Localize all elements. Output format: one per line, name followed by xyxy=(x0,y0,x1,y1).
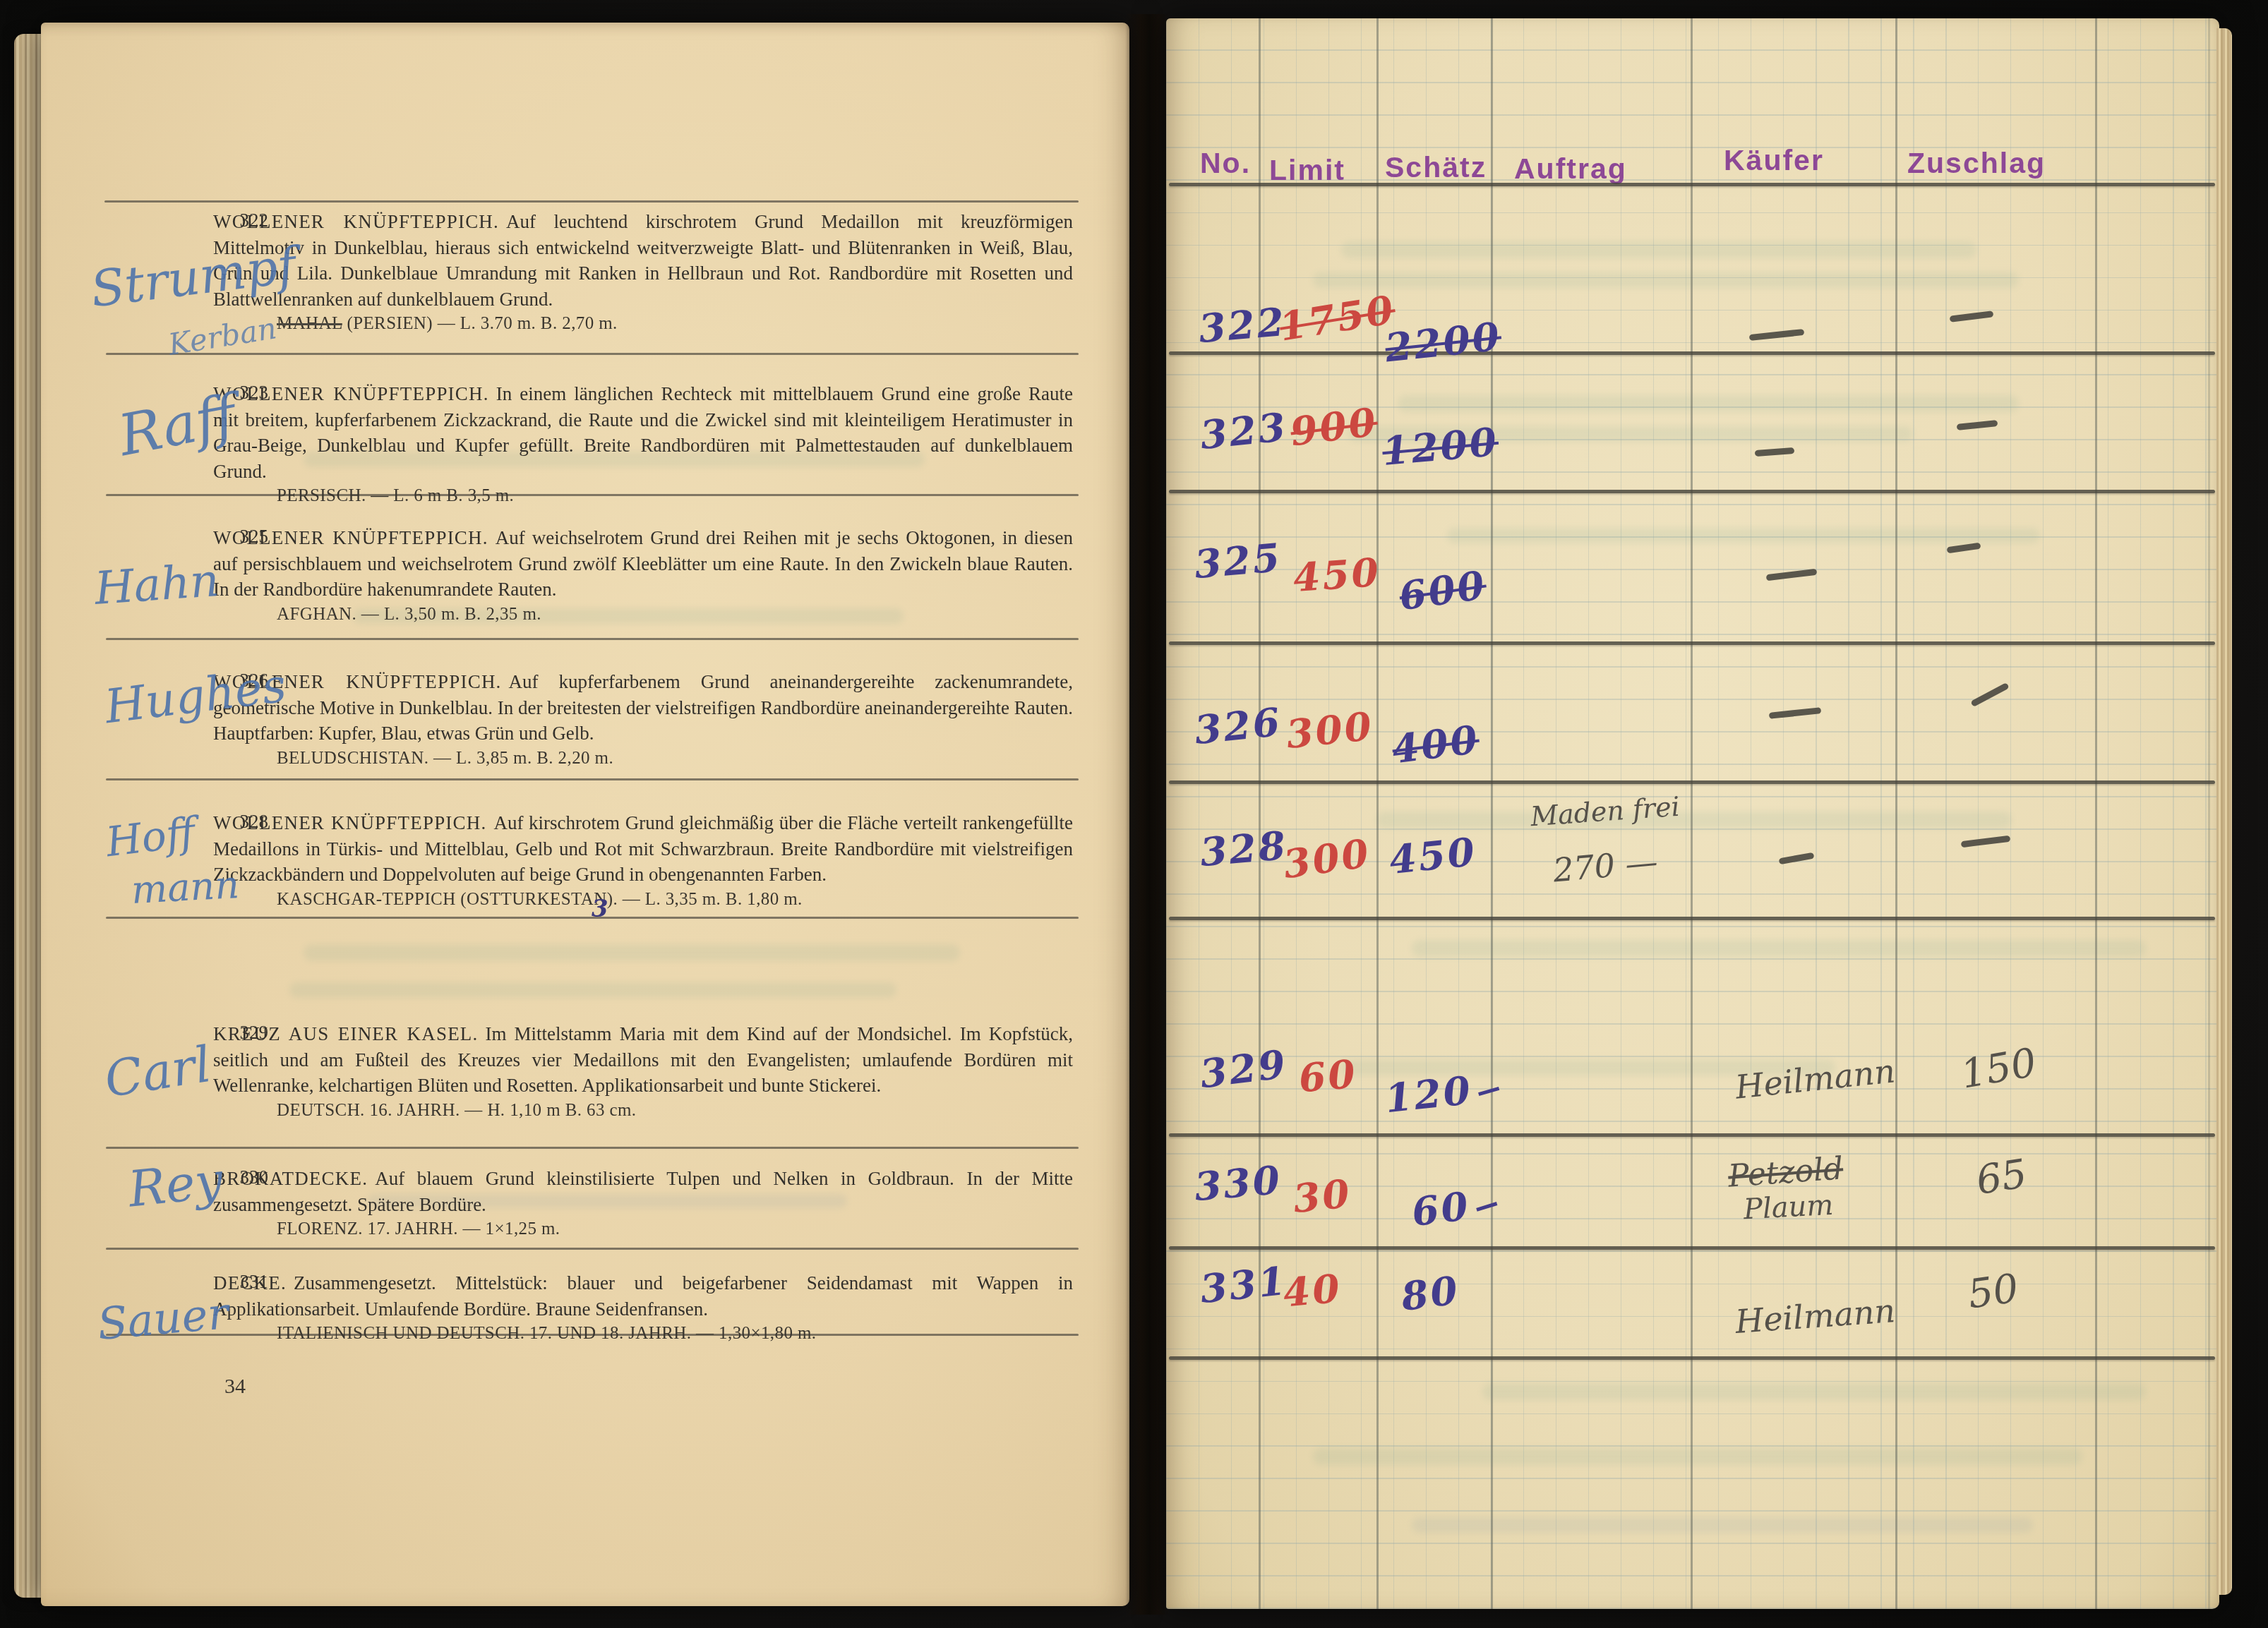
book-page-edge xyxy=(2216,28,2232,1595)
bleed-through-smudge xyxy=(1341,241,1976,258)
lot-number: 322 xyxy=(213,210,268,231)
entry-separator-line xyxy=(106,1248,1079,1250)
entry-description: WOLLENER KNÜPFTEPPICH.Auf kirschrotem Gr… xyxy=(213,810,1073,888)
ledger-separator-line xyxy=(1169,1246,2215,1250)
bleed-through-smudge xyxy=(1412,940,2146,957)
entry-separator-line xyxy=(106,638,1079,640)
ink-overwritten-digit: 3 xyxy=(592,895,608,923)
entry-origin-line: MAHAL (PERSIEN) — L. 3.70 m. B. 2,70 m. xyxy=(277,314,1073,334)
kaeufer-name: Plaum xyxy=(1743,1189,1834,1226)
margin-name-hahn: Hahn xyxy=(93,555,221,615)
ledger-separator-line xyxy=(1169,183,2215,186)
entry-separator-line xyxy=(106,778,1079,780)
column-line-zuschlag-right xyxy=(2095,18,2097,1609)
page-number: 34 xyxy=(224,1375,246,1399)
origin-struck-word: MAHAL xyxy=(277,314,342,333)
auction-catalog-photo: { "colors": { "paper_left": "#e9d4aa", "… xyxy=(0,0,2268,1628)
entry-description: WOLLENER KNÜPFTEPPICH.Auf leuchtend kirs… xyxy=(213,209,1073,312)
entry-body: Zusammengesetzt. Mittelstück: blauer und… xyxy=(213,1272,1073,1320)
zuschlag-amount: 65 xyxy=(1973,1151,2030,1204)
header-zuschlag: Zuschlag xyxy=(1907,147,2046,180)
bleed-through-smudge xyxy=(1313,272,2019,288)
margin-name-mann: mann xyxy=(130,862,240,912)
catalog-entry-323: 323 WOLLENER KNÜPFTEPPICH.In einem längl… xyxy=(213,381,1073,506)
entry-origin-line: FLORENZ. 17. JAHRH. — 1×1,25 m. xyxy=(277,1219,1073,1239)
entry-separator-line xyxy=(106,1147,1079,1149)
entry-separator-line xyxy=(104,200,1079,203)
catalog-entry-326: 326 WOLLENER KNÜPFTEPPICH.Auf kupferfarb… xyxy=(213,669,1073,768)
ledger-separator-line xyxy=(1169,351,2215,355)
zuschlag-amount: 50 xyxy=(1965,1265,2022,1318)
entry-description: KREUZ AUS EINER KASEL.Im Mittelstamm Mar… xyxy=(213,1021,1073,1099)
header-no: No. xyxy=(1200,147,1251,180)
catalog-entry-322: 322 WOLLENER KNÜPFTEPPICH.Auf leuchtend … xyxy=(213,209,1073,334)
catalog-entry-329: 329 KREUZ AUS EINER KASEL.Im Mittelstamm… xyxy=(213,1021,1073,1121)
lot-number: 329 xyxy=(213,1022,268,1044)
header-auftrag: Auftrag xyxy=(1514,152,1627,186)
entry-description: WOLLENER KNÜPFTEPPICH.Auf kupferfarbenem… xyxy=(213,669,1073,747)
ledger-no: 328 xyxy=(1198,822,1289,876)
column-line-limit-schaetz xyxy=(1376,18,1379,1609)
lot-number: 328 xyxy=(213,811,268,833)
entry-origin-line: KASCHGAR-TEPPICH (OSTTURKESTAN). — L. 3,… xyxy=(277,890,1073,910)
bleed-through-smudge xyxy=(304,944,960,961)
entry-origin-line: PERSISCH. — L. 6 m B. 3,5 m. xyxy=(277,486,1073,506)
ledger-no: 325 xyxy=(1192,534,1283,588)
ledger-separator-line xyxy=(1169,917,2215,920)
catalog-entry-330: 330 BROKATDECKE.Auf blauem Grund kleinst… xyxy=(213,1166,1073,1239)
header-kaeufer: Käufer xyxy=(1724,144,1824,177)
column-line-no-limit xyxy=(1259,18,1261,1609)
bleed-through-smudge xyxy=(1412,1517,2033,1533)
column-line-kaeufer-zuschlag xyxy=(1895,18,1897,1609)
bleed-through-smudge xyxy=(1447,528,2040,543)
header-schaetz: Schätz xyxy=(1385,151,1487,184)
catalog-entry-331: 331 DECKE.Zusammengesetzt. Mittelstück: … xyxy=(213,1270,1073,1344)
ledger-no: 322 xyxy=(1196,299,1288,352)
catalog-entry-328: 328 WOLLENER KNÜPFTEPPICH.Auf kirschrote… xyxy=(213,810,1073,910)
ledger-no: 326 xyxy=(1192,699,1284,754)
ledger-no: 323 xyxy=(1198,404,1290,459)
bleed-through-smudge xyxy=(1482,1383,2146,1400)
entry-description: DECKE.Zusammengesetzt. Mittelstück: blau… xyxy=(213,1270,1073,1322)
ledger-separator-line xyxy=(1169,1133,2215,1137)
entry-origin-line: DEUTSCH. 16. JAHRH. — H. 1,10 m B. 63 cm… xyxy=(277,1101,1073,1121)
entry-description: WOLLENER KNÜPFTEPPICH.In einem längliche… xyxy=(213,381,1073,484)
ledger-separator-line xyxy=(1169,490,2215,493)
ledger-limit: 30 xyxy=(1291,1170,1354,1222)
entry-origin-line: AFGHAN. — L. 3,50 m. B. 2,35 m. xyxy=(277,605,1073,625)
ledger-limit: 450 xyxy=(1292,549,1382,601)
entry-description: BROKATDECKE.Auf blauem Grund kleinstilis… xyxy=(213,1166,1073,1217)
bleed-through-smudge xyxy=(289,982,896,998)
entry-description: WOLLENER KNÜPFTEPPICH.Auf weichselrotem … xyxy=(213,525,1073,603)
margin-name-rey: Rey xyxy=(126,1151,226,1219)
bleed-through-smudge xyxy=(1313,1448,2082,1465)
ledger-no: 331 xyxy=(1198,1258,1290,1313)
ledger-schaetz: 80 xyxy=(1398,1267,1462,1320)
entry-origin-line: BELUDSCHISTAN. — L. 3,85 m. B. 2,20 m. xyxy=(277,749,1073,768)
column-line-schaetz-auftrag xyxy=(1491,18,1493,1609)
catalog-entry-325: 325 WOLLENER KNÜPFTEPPICH.Auf weichselro… xyxy=(213,525,1073,625)
header-limit: Limit xyxy=(1269,154,1345,187)
ledger-separator-line xyxy=(1169,780,2215,784)
ledger-separator-line xyxy=(1169,1356,2215,1360)
column-line-margin xyxy=(2208,18,2210,1609)
ledger-separator-line xyxy=(1169,641,2215,645)
bleed-through-smudge xyxy=(1376,812,2012,828)
ledger-limit: 40 xyxy=(1281,1265,1343,1316)
ledger-schaetz: 450 xyxy=(1387,828,1479,884)
ledger-limit: 300 xyxy=(1284,703,1376,758)
lot-number: 325 xyxy=(213,526,268,548)
book-binding-gutter xyxy=(1125,14,1169,1615)
ledger-limit: 60 xyxy=(1297,1051,1359,1102)
entry-origin-line: ITALIENISCH UND DEUTSCH. 17. UND 18. JAH… xyxy=(277,1324,1073,1344)
column-line-auftrag-kaeufer xyxy=(1691,18,1693,1609)
ledger-no: 330 xyxy=(1192,1157,1283,1210)
entry-separator-line xyxy=(106,353,1079,355)
